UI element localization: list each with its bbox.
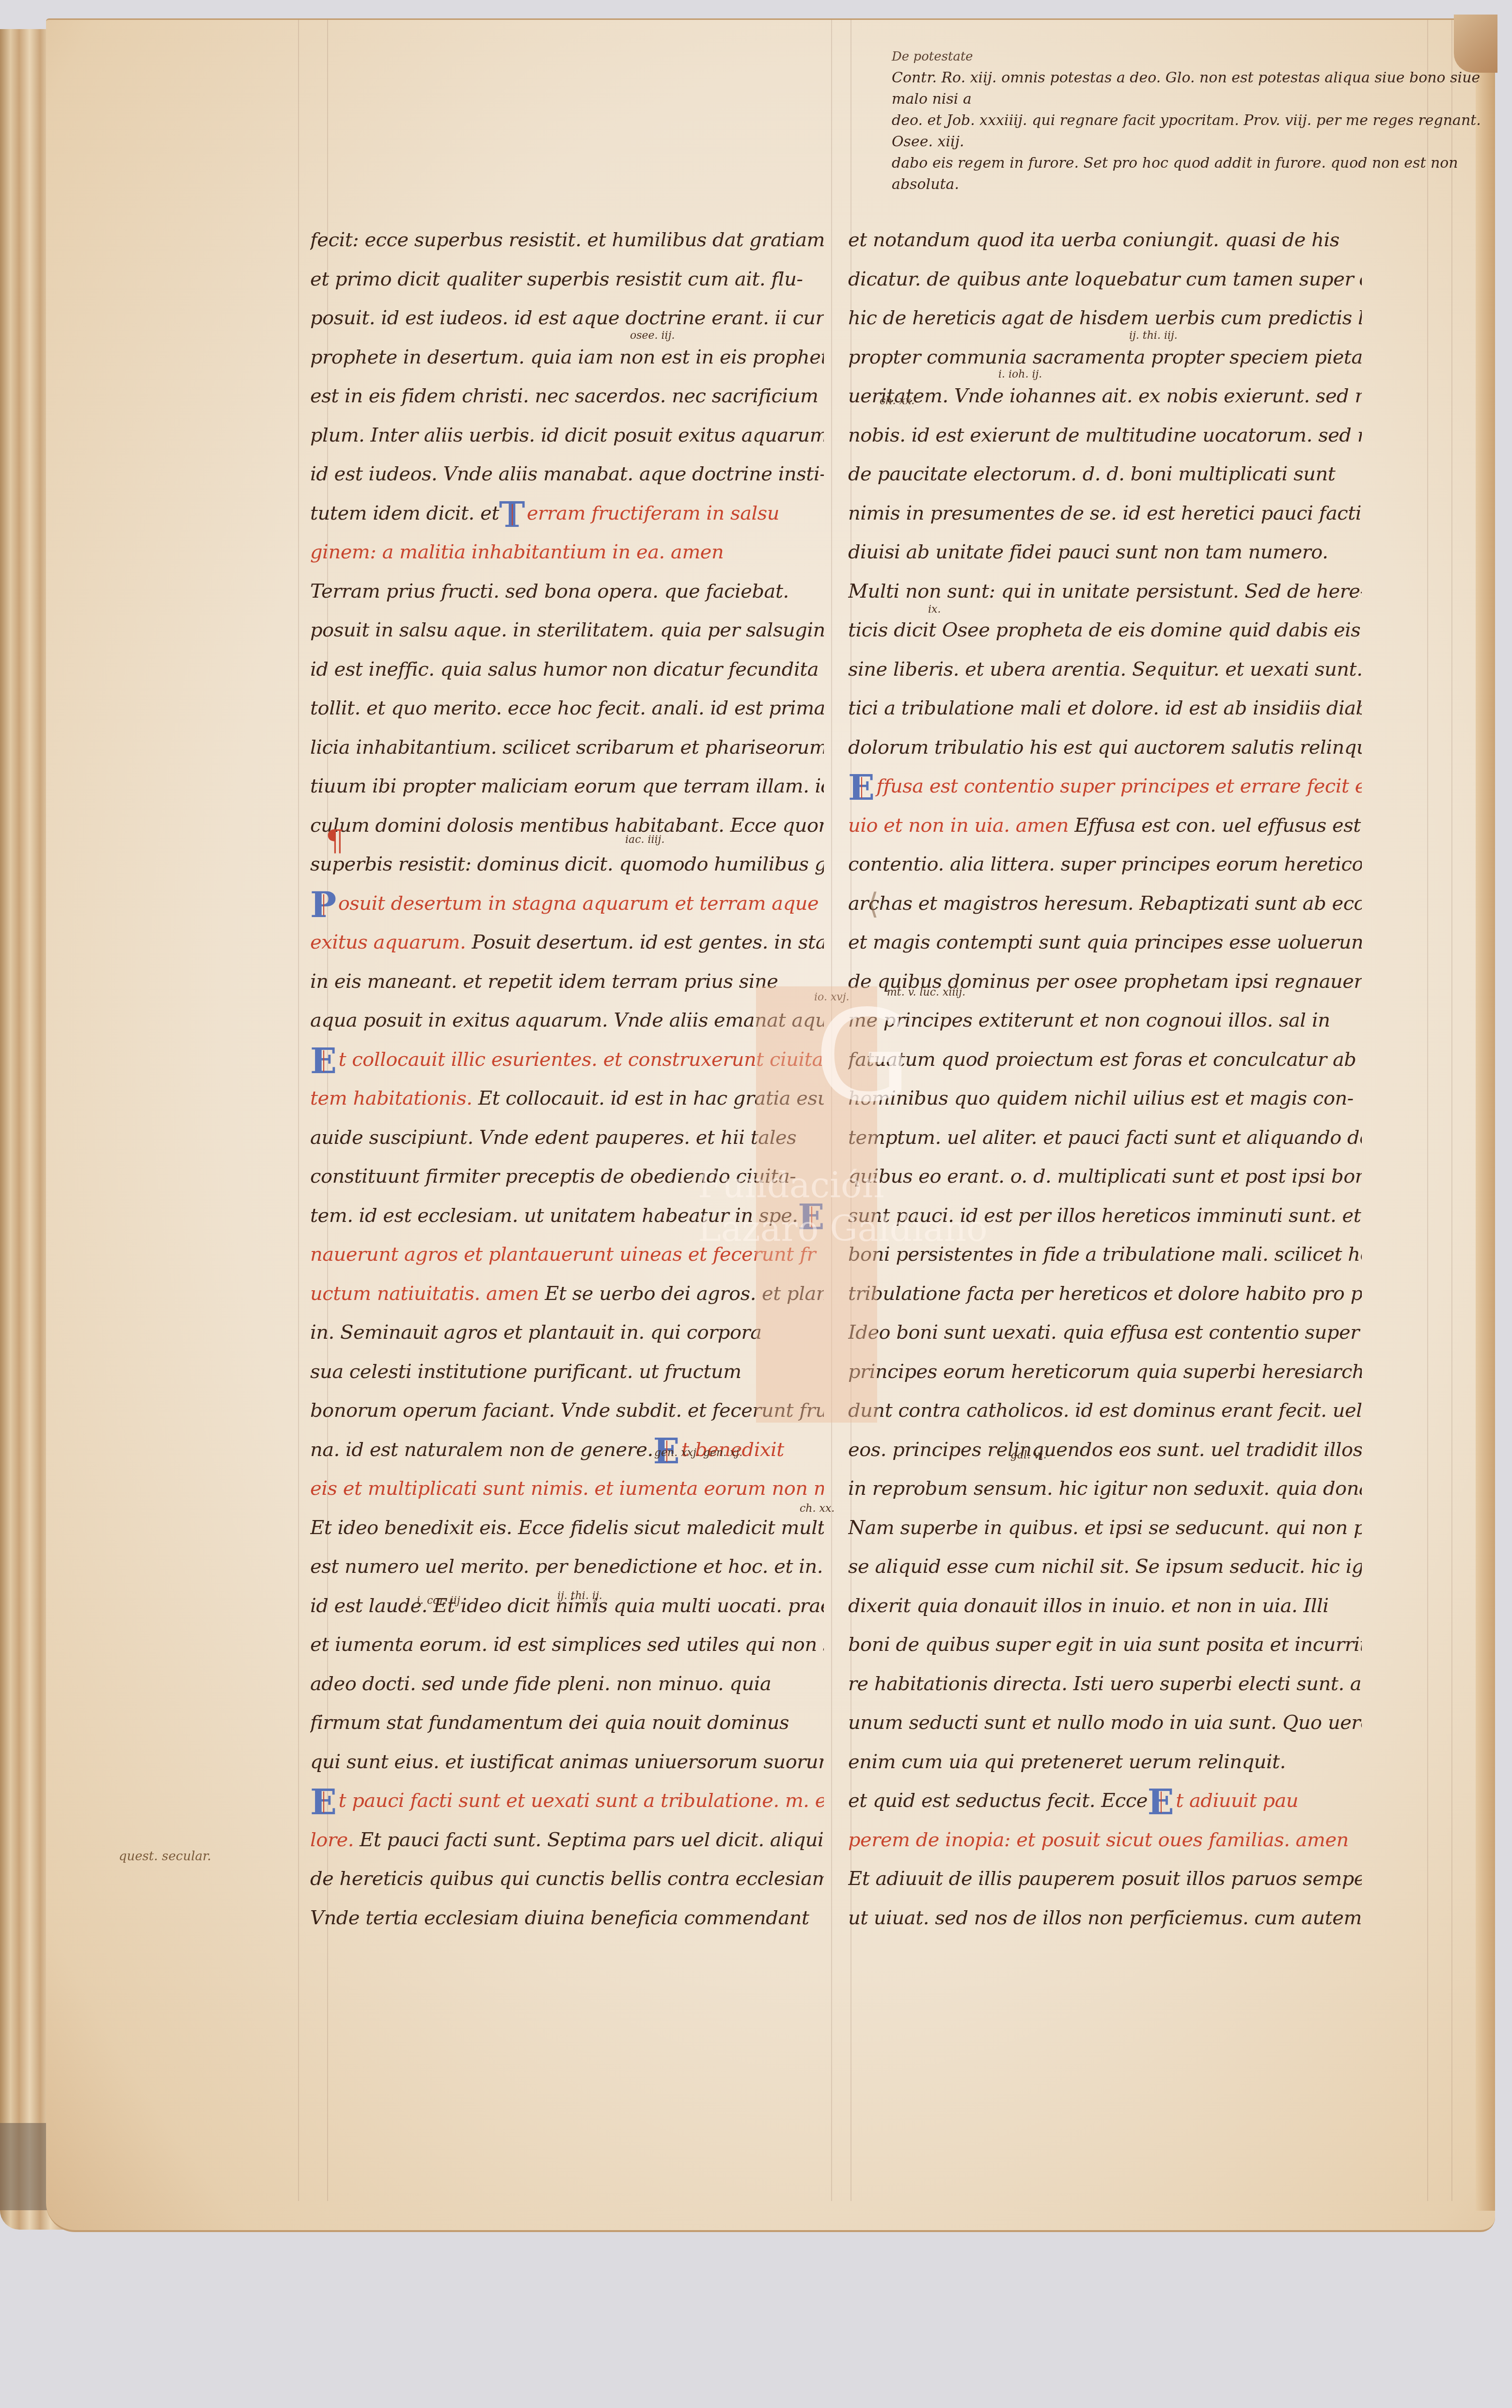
right_column-line: sine liberis. et ubera arentia. Sequitur…: [848, 650, 1362, 689]
left_column-line: in. Seminauit agros et plantauit in. qui…: [310, 1313, 824, 1352]
decorated-initial: E: [848, 773, 874, 802]
line-text: tribulatione facta per hereticos et dolo…: [848, 1283, 1362, 1305]
rubric-text: uio et non in uia. amen: [848, 814, 1069, 837]
right_column-line: Multi non sunt: qui in unitate persistun…: [848, 572, 1362, 611]
rubric-text: exitus aquarum.: [310, 931, 466, 953]
line-text: eos. principes relinquendos eos sunt. ue…: [848, 1439, 1362, 1461]
left_column-line: sua celesti institutione purificant. ut …: [310, 1352, 824, 1392]
right_column-line: Et adiuuit de illis pauperem posuit illo…: [848, 1859, 1362, 1899]
line-text: Terram prius fructi. sed bona opera. que…: [310, 580, 789, 602]
right_column-line: Nam superbe in quibus. et ipsi se seducu…: [848, 1508, 1362, 1548]
line-text: prophete in desertum. quia iam non est i…: [310, 346, 824, 368]
right_column-line: et quid est seductus fecit. EcceEt adiuu…: [848, 1781, 1362, 1821]
line-text: nobis. id est exierunt de multitudine uo…: [848, 424, 1362, 446]
right_column-line: re habitationis directa. Isti uero super…: [848, 1664, 1362, 1704]
line-text: eis et multiplicati sunt nimis. et iumen…: [310, 1477, 824, 1500]
watermark-logo: G: [814, 994, 912, 1120]
gloss-gen: gen. xxj. gen. xj.: [654, 1447, 742, 1459]
rubric-text: tem habitationis.: [310, 1087, 472, 1109]
line-text: in reprobum sensum. hic igitur non sedux…: [848, 1477, 1362, 1500]
right_column-line: dolorum tribulatio his est qui auctorem …: [848, 728, 1362, 767]
decorated-initial: T: [499, 500, 525, 529]
line-text: hic de hereticis agat de hisdem uerbis c…: [848, 307, 1362, 329]
page-edge: [1476, 30, 1495, 2211]
line-text: in. Seminauit agros et plantauit in. qui…: [310, 1321, 762, 1344]
line-text: ueritatem. Vnde iohannes ait. ex nobis e…: [848, 385, 1362, 407]
gloss-ix: ix.: [928, 603, 941, 616]
rubric-text: erram fructiferam in salsu: [527, 502, 779, 524]
line-text: est in eis fidem christi. nec sacerdos. …: [310, 385, 824, 407]
line-text: nimis in presumentes de se. id est heret…: [848, 502, 1362, 524]
right_column-line: et magis contempti sunt quia principes e…: [848, 923, 1362, 962]
line-text: propter communia sacramenta propter spec…: [848, 346, 1362, 368]
line-text: principes eorum hereticorum quia superbi…: [848, 1361, 1362, 1383]
line-text: superbis resistit: dominus dicit. quomod…: [310, 853, 824, 875]
left_column-line: est numero uel merito. per benedictione …: [310, 1547, 824, 1586]
left_column-line: Vnde tertia ecclesiam diuina beneficia c…: [310, 1899, 824, 1938]
left_column-line: aqua posuit in exitus aquarum. Vnde alii…: [310, 1001, 824, 1040]
line-text: sua celesti institutione purificant. ut …: [310, 1361, 741, 1383]
left_column-line: na. id est naturalem non de genere.Et be…: [310, 1430, 824, 1470]
left_column-line: bonorum operum faciant. Vnde subdit. et …: [310, 1391, 824, 1430]
right_column-line: de paucitate electorum. d. d. boni multi…: [848, 455, 1362, 494]
left_column-line: uctum natiuitatis. amen Et se uerbo dei …: [310, 1274, 824, 1314]
right_column-line: unum seducti sunt et nullo modo in uia s…: [848, 1703, 1362, 1743]
header-line: Contr. Ro. xiij. omnis potestas a deo. G…: [892, 67, 1493, 110]
gloss-gal-vi: gal. vi.: [1010, 1449, 1047, 1461]
line-text: t collocauit illic esurientes. et constr…: [338, 1048, 824, 1071]
header-annotation: De potestate Contr. Ro. xiij. omnis pote…: [892, 46, 1493, 195]
left_column-line: fecit: ecce superbus resistit. et humili…: [310, 221, 824, 260]
line-text: ffusa est contentio super principes et e…: [876, 775, 1362, 797]
left_column-line: firmum stat fundamentum dei quia nouit d…: [310, 1703, 824, 1743]
rubric-text: lore.: [310, 1829, 354, 1851]
line-text: in eis maneant. et repetit idem terram p…: [310, 970, 778, 993]
line-text: Et ideo benedixit eis. Ecce fidelis sicu…: [310, 1517, 824, 1539]
left_column-line: Et collocauit illic esurientes. et const…: [310, 1040, 824, 1079]
gloss-ii-thi-iii: ij. thi. iij.: [1129, 330, 1178, 342]
line-text: perem de inopia: et posuit sicut oues fa…: [848, 1829, 1349, 1851]
line-text: Et pauci facti sunt. Septima pars uel di…: [354, 1829, 824, 1851]
left_column-line: est in eis fidem christi. nec sacerdos. …: [310, 377, 824, 416]
line-text: Posuit desertum. id est gentes. in stagn…: [466, 931, 824, 953]
left_column-line: licia inhabitantium. scilicet scribarum …: [310, 728, 824, 767]
line-text: Nam superbe in quibus. et ipsi se seducu…: [848, 1517, 1362, 1539]
right_column-line: se aliquid esse cum nichil sit. Se ipsum…: [848, 1547, 1362, 1586]
left_column-line: qui sunt eius. et iustificat animas uniu…: [310, 1743, 824, 1782]
line-text: est numero uel merito. per benedictione …: [310, 1555, 824, 1578]
header-line: deo. et Job. xxxiiij. qui regnare facit …: [892, 110, 1493, 153]
line-text: fecit: ecce superbus resistit. et humili…: [310, 229, 824, 251]
left-column: fecit: ecce superbus resistit. et humili…: [310, 221, 824, 1937]
header-title: De potestate: [892, 46, 1493, 67]
line-text: ginem: a malitia inhabitantium in ea. am…: [310, 541, 724, 563]
line-text: culum domini dolosis mentibus habitabant…: [310, 814, 824, 837]
left_column-line: Terram prius fructi. sed bona opera. que…: [310, 572, 824, 611]
right_column-line: eos. principes relinquendos eos sunt. ue…: [848, 1430, 1362, 1470]
line-text: bonorum operum faciant. Vnde subdit. et …: [310, 1399, 824, 1422]
gloss-ii-thi-ii: ij. thi. ij.: [557, 1590, 602, 1602]
right_column-line: dicatur. de quibus ante loquebatur cum t…: [848, 260, 1362, 299]
left_column-line: superbis resistit: dominus dicit. quomod…: [310, 845, 824, 884]
line-text: temptum. uel aliter. et pauci facti sunt…: [848, 1126, 1362, 1149]
right_column-line: nimis in presumentes de se. id est heret…: [848, 494, 1362, 533]
left_column-line: exitus aquarum. Posuit desertum. id est …: [310, 923, 824, 962]
left_column-line: et primo dicit qualiter superbis resisti…: [310, 260, 824, 299]
right_column-line: principes eorum hereticorum quia superbi…: [848, 1352, 1362, 1392]
line-text: adeo docti. sed unde fide pleni. non min…: [310, 1673, 771, 1695]
line-text: enim cum uia qui preteneret uerum relinq…: [848, 1751, 1286, 1773]
line-text: fatuatum quod proiectum est foras et con…: [848, 1048, 1356, 1071]
left_column-line: adeo docti. sed unde fide pleni. non min…: [310, 1664, 824, 1704]
left_column-line: id est ineffic. quia salus humor non dic…: [310, 650, 824, 689]
right_column-line: Ideo boni sunt uexati. quia effusa est c…: [848, 1313, 1362, 1352]
left_column-line: culum domini dolosis mentibus habitabant…: [310, 806, 824, 845]
left_column-line: de hereticis quibus qui cunctis bellis c…: [310, 1859, 824, 1899]
right_column-line: ueritatem. Vnde iohannes ait. ex nobis e…: [848, 377, 1362, 416]
line-text: se aliquid esse cum nichil sit. Se ipsum…: [848, 1555, 1362, 1578]
decorated-initial: E: [310, 1788, 336, 1817]
right_column-line: nobis. id est exierunt de multitudine uo…: [848, 416, 1362, 455]
left_column-line: tiuum ibi propter maliciam eorum que ter…: [310, 767, 824, 806]
line-text: boni de quibus super egit in uia sunt po…: [848, 1633, 1362, 1656]
left_column-line: tollit. et quo merito. ecce hoc fecit. a…: [310, 689, 824, 728]
line-text: et primo dicit qualiter superbis resisti…: [310, 268, 803, 290]
line-text: et quid est seductus fecit. Ecce: [848, 1790, 1148, 1812]
left_column-line: id est iudeos. Vnde aliis manabat. aque …: [310, 455, 824, 494]
right_column-line: Effusa est contentio super principes et …: [848, 767, 1362, 806]
rubric-text: uctum natiuitatis. amen: [310, 1283, 539, 1305]
left_column-line: Posuit desertum in stagna aquarum et ter…: [310, 884, 824, 923]
decorated-initial: E: [310, 1046, 336, 1076]
line-text: diuisi ab unitate fidei pauci sunt non t…: [848, 541, 1328, 563]
right_column-line: dunt contra catholicos. id est dominus e…: [848, 1391, 1362, 1430]
gloss-osee-iii: osee. iij.: [630, 330, 675, 342]
line-text: Effusa est con. uel effusus est: [1069, 814, 1361, 837]
line-text: dolorum tribulatio his est qui auctorem …: [848, 736, 1362, 759]
line-text: dicatur. de quibus ante loquebatur cum t…: [848, 268, 1362, 290]
left_column-line: plum. Inter aliis uerbis. id dicit posui…: [310, 416, 824, 455]
right_column-line: ut uiuat. sed nos de illos non perficiem…: [848, 1899, 1362, 1938]
gloss-ch-xx: ch. xx.: [800, 1503, 835, 1515]
line-text: aqua posuit in exitus aquarum. Vnde alii…: [310, 1009, 824, 1031]
line-text: auide suscipiunt. Vnde edent pauperes. e…: [310, 1126, 796, 1149]
line-text: tiuum ibi propter maliciam eorum que ter…: [310, 775, 824, 797]
line-text: contentio. alia littera. super principes…: [848, 853, 1362, 875]
line-text: firmum stat fundamentum dei quia nouit d…: [310, 1711, 789, 1734]
left_column-line: tutem idem dicit. etTerram fructiferam i…: [310, 494, 824, 533]
line-text: de hereticis quibus qui cunctis bellis c…: [310, 1868, 824, 1890]
header-line: dabo eis regem in furore. Set pro hoc qu…: [892, 153, 1493, 195]
line-text: tici a tribulatione mali et dolore. id e…: [848, 697, 1362, 719]
watermark-text: Fundación Lázaro Galdiano: [698, 1163, 987, 1251]
ruling-line: [298, 20, 299, 2201]
line-text: tollit. et quo merito. ecce hoc fecit. a…: [310, 697, 824, 719]
left_column-line: auide suscipiunt. Vnde edent pauperes. e…: [310, 1118, 824, 1157]
right_column-line: ticis dicit Osee propheta de eis domine …: [848, 611, 1362, 650]
right_column-line: enim cum uia qui preteneret uerum relinq…: [848, 1743, 1362, 1782]
left_column-line: ginem: a malitia inhabitantium in ea. am…: [310, 533, 824, 572]
paraph-mark-icon: ¶: [326, 824, 344, 858]
right_column-line: et notandum quod ita uerba coniungit. qu…: [848, 221, 1362, 260]
gloss-iac-iiii: iac. iiij.: [625, 834, 664, 846]
line-text: et notandum quod ita uerba coniungit. qu…: [848, 229, 1339, 251]
right_column-line: tribulatione facta per hereticos et dolo…: [848, 1274, 1362, 1314]
line-text: et iumenta eorum. id est simplices sed u…: [310, 1633, 824, 1656]
left_column-line: posuit. id est iudeos. id est aque doctr…: [310, 299, 824, 338]
line-text: unum seducti sunt et nullo modo in uia s…: [848, 1711, 1362, 1734]
right_column-line: archas et magistros heresum. Rebaptizati…: [848, 884, 1362, 923]
left_column-line: posuit in salsu aque. in sterilitatem. q…: [310, 611, 824, 650]
line-text: tutem idem dicit. et: [310, 502, 499, 524]
right-column: et notandum quod ita uerba coniungit. qu…: [848, 221, 1362, 1937]
right_column-line: contentio. alia littera. super principes…: [848, 845, 1362, 884]
line-text: posuit. id est iudeos. id est aque doctr…: [310, 307, 824, 329]
right_column-line: boni de quibus super egit in uia sunt po…: [848, 1625, 1362, 1664]
line-text: et magis contempti sunt quia principes e…: [848, 931, 1362, 953]
right_column-line: tici a tribulatione mali et dolore. id e…: [848, 689, 1362, 728]
line-text: Et adiuuit de illis pauperem posuit illo…: [848, 1868, 1362, 1890]
right_column-line: fatuatum quod proiectum est foras et con…: [848, 1040, 1362, 1079]
line-text: archas et magistros heresum. Rebaptizati…: [848, 892, 1362, 915]
watermark-line: Lázaro Galdiano: [698, 1207, 987, 1251]
line-text: posuit in salsu aque. in sterilitatem. q…: [310, 619, 824, 641]
ruling-line: [1451, 20, 1452, 2201]
decorated-initial: E: [1148, 1788, 1174, 1817]
line-text: id est ineffic. quia salus humor non dic…: [310, 658, 819, 681]
right_column-line: in reprobum sensum. hic igitur non sedux…: [848, 1469, 1362, 1508]
decorated-initial: P: [310, 890, 336, 919]
line-text: re habitationis directa. Isti uero super…: [848, 1673, 1362, 1695]
line-text: Ideo boni sunt uexati. quia effusa est c…: [848, 1321, 1359, 1344]
gloss-ch-xx-left: ch. xx.: [880, 395, 914, 407]
line-text: plum. Inter aliis uerbis. id dicit posui…: [310, 424, 824, 446]
line-text: dixerit quia donauit illos in inuio. et …: [848, 1595, 1329, 1617]
line-text: sine liberis. et ubera arentia. Sequitur…: [848, 658, 1362, 681]
line-text: de paucitate electorum. d. d. boni multi…: [848, 463, 1335, 485]
right_column-line: dixerit quia donauit illos in inuio. et …: [848, 1586, 1362, 1626]
line-text: me principes extiterunt et non cognoui i…: [848, 1009, 1330, 1031]
right_column-line: hic de hereticis agat de hisdem uerbis c…: [848, 299, 1362, 338]
line-text: ut uiuat. sed nos de illos non perficiem…: [848, 1907, 1362, 1929]
line-text: hominibus quo quidem nichil uilius est e…: [848, 1087, 1354, 1109]
left_column-line: Et pauci facti sunt et uexati sunt a tri…: [310, 1781, 824, 1821]
watermark-line: Fundación: [698, 1163, 987, 1207]
right_column-line: temptum. uel aliter. et pauci facti sunt…: [848, 1118, 1362, 1157]
left_column-line: in eis maneant. et repetit idem terram p…: [310, 962, 824, 1001]
left_column-line: eis et multiplicati sunt nimis. et iumen…: [310, 1469, 824, 1508]
rubric-text: t adiuuit pau: [1176, 1790, 1298, 1812]
ruling-line: [1427, 20, 1428, 2201]
gloss-i-cor-iii: i. cor. iij.: [417, 1595, 464, 1607]
right_column-line: me principes extiterunt et non cognoui i…: [848, 1001, 1362, 1040]
line-text: Multi non sunt: qui in unitate persistun…: [848, 580, 1362, 602]
right_column-line: diuisi ab unitate fidei pauci sunt non t…: [848, 533, 1362, 572]
left_column-line: tem habitationis. Et collocauit. id est …: [310, 1079, 824, 1118]
right_column-line: uio et non in uia. amen Effusa est con. …: [848, 806, 1362, 845]
line-text: t pauci facti sunt et uexati sunt a trib…: [338, 1790, 824, 1812]
line-text: Vnde tertia ecclesiam diuina beneficia c…: [310, 1907, 809, 1929]
left_column-line: lore. Et pauci facti sunt. Septima pars …: [310, 1821, 824, 1860]
right_column-line: perem de inopia: et posuit sicut oues fa…: [848, 1821, 1362, 1860]
line-text: osuit desertum in stagna aquarum et terr…: [338, 892, 824, 915]
line-text: licia inhabitantium. scilicet scribarum …: [310, 736, 824, 759]
left_column-line: prophete in desertum. quia iam non est i…: [310, 338, 824, 377]
line-text: na. id est naturalem non de genere.: [310, 1439, 653, 1461]
line-text: id est iudeos. Vnde aliis manabat. aque …: [310, 463, 824, 485]
left_column-line: Et ideo benedixit eis. Ecce fidelis sicu…: [310, 1508, 824, 1548]
right_column-line: propter communia sacramenta propter spec…: [848, 338, 1362, 377]
line-text: ticis dicit Osee propheta de eis domine …: [848, 619, 1362, 641]
line-text: qui sunt eius. et iustificat animas uniu…: [310, 1751, 824, 1773]
right_column-line: hominibus quo quidem nichil uilius est e…: [848, 1079, 1362, 1118]
left_column-line: et iumenta eorum. id est simplices sed u…: [310, 1625, 824, 1664]
bracket-mark-icon: ⟨: [867, 887, 879, 921]
gloss-i-ioh-ii: i. ioh. ij.: [998, 368, 1042, 380]
margin-note: quest. secular.: [119, 1849, 211, 1864]
line-text: dunt contra catholicos. id est dominus e…: [848, 1399, 1362, 1422]
